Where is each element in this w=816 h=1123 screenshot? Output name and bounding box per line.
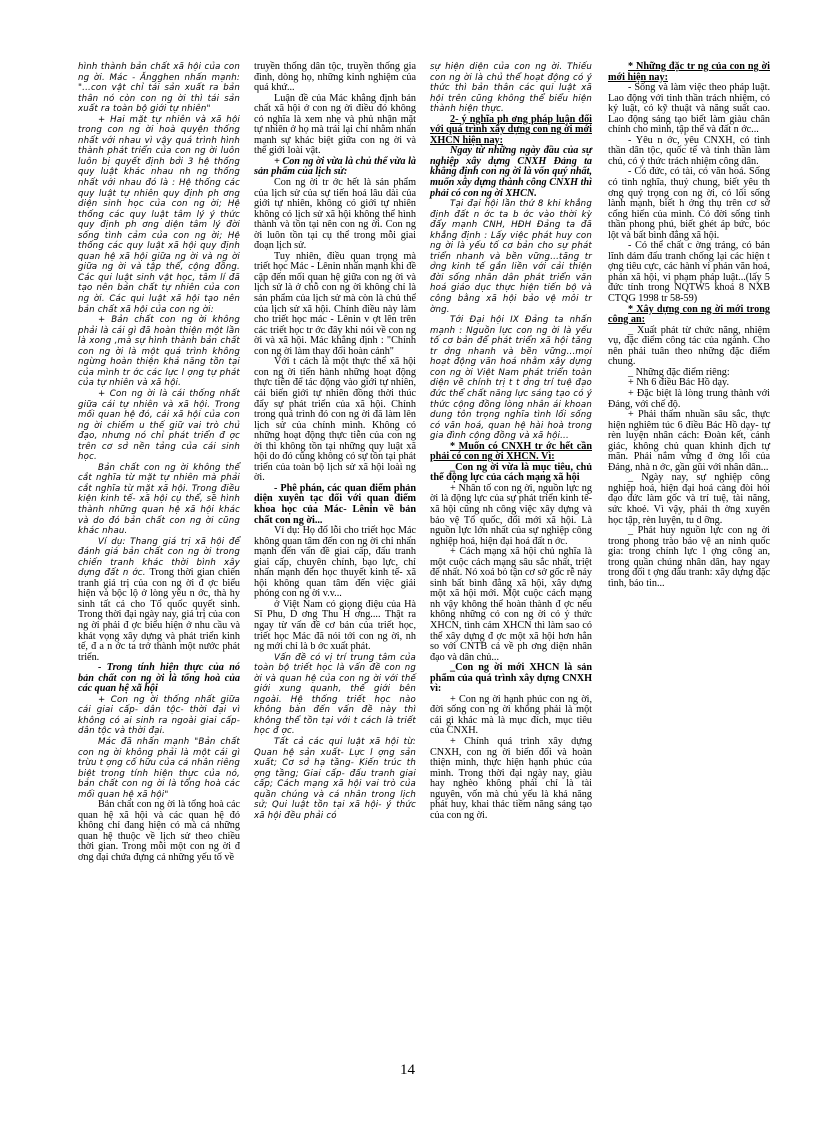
- text-column-3: sự hiện diện của con ng ời. Thiếu con ng…: [430, 62, 592, 821]
- paragraph-text: _ Ngày nay, sự nghiệp công nghiệp hoá, h…: [608, 472, 770, 525]
- paragraph: * Xây dựng con ng ời mới trong công an:: [608, 305, 770, 326]
- paragraph-text: - Có thể chất c ờng tráng, có bản lĩnh d…: [608, 240, 770, 304]
- paragraph-text: + Phải thấm nhuần sâu sắc, thực hiện ngh…: [608, 409, 770, 473]
- paragraph: + Con ng ời thống nhất giữa cái giai cấp…: [78, 695, 240, 737]
- paragraph-text: truyền thống dân tộc, truyền thống gia đ…: [254, 61, 416, 93]
- paragraph: + Bản chất con ng ời không phải là cái g…: [78, 315, 240, 389]
- paragraph: + Con ng ời là cái thống nhất giữa cái t…: [78, 389, 240, 463]
- text-column-1: hình thành bản chất xã hội của con ng ời…: [78, 62, 240, 864]
- paragraph-text: Tuy nhiên, điều quan trọng mà triết học …: [254, 251, 416, 357]
- paragraph: Tất cả các qui luật xã hội từ: Quan hệ s…: [254, 737, 416, 821]
- paragraph-text: Trong thời gian chiến tranh giá trị của …: [78, 567, 240, 662]
- paragraph-text: Với t cách là một thực thể xã hội con ng…: [254, 356, 416, 483]
- paragraph: Tới Đại hội IX Đảng ta nhấn mạnh : Nguồn…: [430, 315, 592, 442]
- paragraph: _ Phát huy nguồn lực con ng ời trong pho…: [608, 526, 770, 589]
- paragraph-text: + Đặc biệt là lòng trung thành với Đảng,…: [608, 388, 770, 410]
- section-heading: - Phê phán, các quan điểm phản diện xuyê…: [254, 483, 416, 526]
- section-heading: 2- ý nghĩa ph ơng pháp luận đối với quá …: [430, 114, 592, 146]
- paragraph: - Có thể chất c ờng tráng, có bản lĩnh d…: [608, 241, 770, 304]
- paragraph: ở Việt Nam có giọng điệu của Hà Sĩ Phu, …: [254, 600, 416, 653]
- paragraph: Tuy nhiên, điều quan trọng mà triết học …: [254, 252, 416, 357]
- paragraph: - Sống và làm việc theo pháp luật. Lao đ…: [608, 83, 770, 136]
- paragraph-text: + Nh 6 điều Bác Hồ dạy.: [628, 377, 729, 388]
- paragraph: sự hiện diện của con ng ời. Thiếu con ng…: [430, 62, 592, 115]
- paragraph: + Chính quá trình xây dựng CNXH, con ng …: [430, 737, 592, 821]
- paragraph-text: Ví dụ: Họ đổ lỗi cho triết học Mác không…: [254, 525, 416, 599]
- text-column-4: * Những đặc tr ng của con ng ời mới hiện…: [608, 62, 770, 589]
- paragraph-text: Luận đề của Mác khẳng định bản chất xã h…: [254, 93, 416, 157]
- paragraph: Ví dụ: Thang giá trị xã hội để đánh giá …: [78, 537, 240, 664]
- paragraph-text: - Sống và làm việc theo pháp luật. Lao đ…: [608, 82, 770, 135]
- paragraph: - Phê phán, các quan điểm phản diện xuyê…: [254, 484, 416, 526]
- paragraph-text: Bản chất con ng ời là tổng hoà các quan …: [78, 799, 240, 863]
- paragraph: Ví dụ: Họ đổ lỗi cho triết học Mác không…: [254, 526, 416, 600]
- paragraph: _Con ng ời mới XHCN là sản phẩm của quá …: [430, 663, 592, 695]
- paragraph-text: sự hiện diện của con ng ời. Thiếu con ng…: [430, 62, 592, 114]
- paragraph-text: - Yêu n ớc, yêu CNXH, có tinh thần dân t…: [608, 135, 770, 167]
- paragraph: + Hai mặt tự nhiên và xã hội trong con n…: [78, 115, 240, 315]
- paragraph-text: + Cách mạng xã hội chủ nghĩa là một cuộc…: [430, 546, 592, 662]
- paragraph-text: + Bản chất con ng ời không phải là cái g…: [78, 315, 240, 388]
- paragraph: _ Xuất phát từ chức năng, nhiệm vụ, đặc …: [608, 326, 770, 368]
- paragraph: + Con ng ời hạnh phúc con ng ời, đời sốn…: [430, 695, 592, 737]
- paragraph: hình thành bản chất xã hội của con ng ời…: [78, 62, 240, 115]
- paragraph: - Có đức, có tài, có văn hoá. Sống có tì…: [608, 167, 770, 241]
- section-heading: Ngay từ những ngày đầu của sự nghiệp xây…: [430, 145, 592, 198]
- paragraph: _ Ngày nay, sự nghiệp công nghiệp hoá, h…: [608, 473, 770, 526]
- paragraph: + Đặc biệt là lòng trung thành với Đảng,…: [608, 389, 770, 410]
- paragraph: * Muốn có CNXH tr ớc hết cần phải có con…: [430, 442, 592, 463]
- paragraph: Mác đã nhấn mạnh "Bản chất con ng ời khô…: [78, 737, 240, 800]
- paragraph-text: hình thành bản chất xã hội của con ng ời…: [78, 62, 240, 114]
- paragraph-text: Tới Đại hội IX Đảng ta nhấn mạnh : Nguồn…: [430, 315, 592, 441]
- paragraph-text: - Có đức, có tài, có văn hoá. Sống có tì…: [608, 166, 770, 240]
- paragraph-text: ở Việt Nam có giọng điệu của Hà Sĩ Phu, …: [254, 599, 416, 652]
- paragraph: * Những đặc tr ng của con ng ời mới hiện…: [608, 62, 770, 83]
- document-page: hình thành bản chất xã hội của con ng ời…: [0, 0, 816, 1123]
- text-column-2: truyền thống dân tộc, truyền thống gia đ…: [254, 62, 416, 821]
- paragraph: Bản chất con ng ời không thể cắt nghĩa t…: [78, 463, 240, 537]
- paragraph-text: + Chính quá trình xây dựng CNXH, con ng …: [430, 736, 592, 821]
- paragraph: Bản chất con ng ời là tổng hoà các quan …: [78, 800, 240, 863]
- paragraph-text: + Con ng ời hạnh phúc con ng ời, đời sốn…: [430, 694, 592, 737]
- paragraph-text: Vấn đề có vị trí trung tâm của toàn bộ t…: [254, 653, 416, 737]
- paragraph-text: Con ng ời tr ớc hết là sản phẩm của lịch…: [254, 177, 416, 251]
- section-heading: + Con ng ời vừa là chủ thể vừa là sản ph…: [254, 156, 416, 178]
- paragraph-text: Bản chất con ng ời không thể cắt nghĩa t…: [78, 463, 240, 536]
- paragraph-text: _ Phát huy nguồn lực con ng ời trong pho…: [608, 525, 770, 589]
- section-heading: _Con ng ời mới XHCN là sản phẩm của quá …: [430, 662, 592, 694]
- paragraph: + Con ng ời vừa là chủ thể vừa là sản ph…: [254, 157, 416, 178]
- paragraph: _Con ng ời vừa là mục tiêu, chủ thể động…: [430, 463, 592, 484]
- paragraph-text: + Con ng ời thống nhất giữa cái giai cấp…: [78, 695, 240, 737]
- paragraph-text: + Hai mặt tự nhiên và xã hội trong con n…: [78, 115, 240, 315]
- paragraph: Luận đề của Mác khẳng định bản chất xã h…: [254, 94, 416, 157]
- paragraph: Ngay từ những ngày đầu của sự nghiệp xây…: [430, 146, 592, 199]
- paragraph: + Nhân tố con ng ời, nguồn lực ng ời là …: [430, 484, 592, 547]
- paragraph: + Phải thấm nhuần sâu sắc, thực hiện ngh…: [608, 410, 770, 473]
- paragraph-text: + Nhân tố con ng ời, nguồn lực ng ời là …: [430, 483, 592, 547]
- paragraph-text: Tất cả các qui luật xã hội từ: Quan hệ s…: [254, 737, 416, 821]
- paragraph-text: Tại đại hội lần thứ 8 khi khẳng định đất…: [430, 199, 592, 314]
- section-heading: _Con ng ời vừa là mục tiêu, chủ thể động…: [430, 462, 592, 484]
- paragraph: - Trong tính hiện thực của nó bản chất c…: [78, 663, 240, 695]
- section-heading: * Muốn có CNXH tr ớc hết cần phải có con…: [430, 441, 592, 463]
- section-heading: * Những đặc tr ng của con ng ời mới hiện…: [608, 61, 770, 83]
- paragraph-text: _ Xuất phát từ chức năng, nhiệm vụ, đặc …: [608, 325, 770, 368]
- paragraph: + Cách mạng xã hội chủ nghĩa là một cuộc…: [430, 547, 592, 663]
- paragraph-text: _ Những đặc điểm riêng:: [628, 367, 730, 378]
- paragraph-text: Mác đã nhấn mạnh "Bản chất con ng ời khô…: [78, 737, 240, 800]
- page-number: 14: [400, 1062, 415, 1079]
- paragraph: 2- ý nghĩa ph ơng pháp luận đối với quá …: [430, 115, 592, 147]
- paragraph: Tại đại hội lần thứ 8 khi khẳng định đất…: [430, 199, 592, 315]
- paragraph: Con ng ời tr ớc hết là sản phẩm của lịch…: [254, 178, 416, 252]
- paragraph: Với t cách là một thực thể xã hội con ng…: [254, 357, 416, 484]
- paragraph-text: + Con ng ời là cái thống nhất giữa cái t…: [78, 389, 240, 462]
- section-heading: * Xây dựng con ng ời mới trong công an:: [608, 304, 770, 326]
- section-heading: - Trong tính hiện thực của nó bản chất c…: [78, 662, 240, 694]
- paragraph: truyền thống dân tộc, truyền thống gia đ…: [254, 62, 416, 94]
- paragraph: - Yêu n ớc, yêu CNXH, có tinh thần dân t…: [608, 136, 770, 168]
- paragraph: Vấn đề có vị trí trung tâm của toàn bộ t…: [254, 653, 416, 737]
